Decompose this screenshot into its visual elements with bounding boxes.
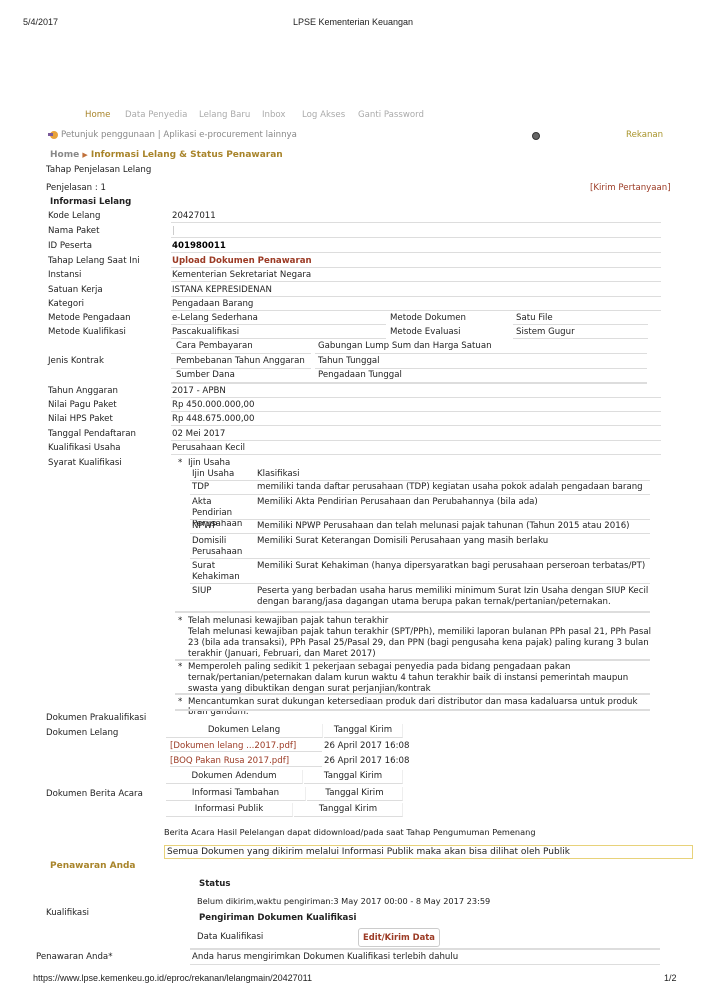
syarat-item: Mencantumkan surat dukungan ketersediaan… bbox=[188, 697, 658, 717]
row-pagu: Nilai Pagu PaketRp 450.000.000,00 bbox=[46, 398, 662, 412]
breadcrumb-home[interactable]: Home bbox=[50, 150, 79, 160]
jenis-kontrak-label: Jenis Kontrak bbox=[48, 356, 104, 366]
help-link[interactable]: Petunjuk penggunaan bbox=[61, 130, 155, 140]
penawaran-anda-text: Anda harus mengirimkan Dokumen Kualifika… bbox=[192, 952, 458, 962]
row-tahap: Tahap Lelang Saat IniUpload Dokumen Pena… bbox=[46, 254, 662, 268]
file-link[interactable]: [BOQ Pakan Rusa 2017.pdf] bbox=[170, 756, 322, 767]
row-kategori: KategoriPengadaan Barang bbox=[46, 297, 662, 311]
row-instansi: InstansiKementerian Sekretariat Negara bbox=[46, 268, 662, 282]
print-page: 1/2 bbox=[664, 973, 677, 983]
print-url: https://www.lpse.kemenkeu.go.id/eproc/re… bbox=[33, 973, 312, 983]
syarat-item: Memperoleh paling sedikit 1 pekerjaan se… bbox=[188, 662, 653, 695]
kualifikasi-label: Kualifikasi bbox=[46, 908, 89, 918]
row-nama-paket: Nama Paket| bbox=[46, 224, 662, 238]
edit-kirim-data-button[interactable]: Edit/Kirim Data bbox=[358, 928, 440, 947]
syarat-item: Telah melunasi kewajiban pajak tahun ter… bbox=[188, 616, 653, 660]
nav-inbox[interactable]: Inbox bbox=[262, 110, 286, 120]
row-metode-pengadaan: Metode Pengadaan e-Lelang Sederhana Meto… bbox=[46, 311, 662, 325]
syarat-label: Syarat Kualifikasi bbox=[48, 458, 122, 468]
row-id-peserta: ID Peserta401980011 bbox=[46, 239, 662, 253]
nav-lelang-baru[interactable]: Lelang Baru bbox=[199, 110, 250, 120]
dok-berita-acara-label: Dokumen Berita Acara bbox=[46, 789, 143, 799]
breadcrumb-current: Informasi Lelang & Status Penawaran bbox=[91, 150, 283, 160]
nav-data-penyedia[interactable]: Data Penyedia bbox=[125, 110, 187, 120]
other-apps-link[interactable]: Aplikasi e-procurement lainnya bbox=[163, 130, 297, 140]
ijin-usaha-title: Ijin Usaha bbox=[188, 458, 230, 468]
help-icon bbox=[47, 130, 59, 140]
status-text: Belum dikirim,waktu pengiriman:3 May 201… bbox=[197, 896, 490, 906]
pengiriman-title: Pengiriman Dokumen Kualifikasi bbox=[199, 913, 356, 923]
dok-lelang-label: Dokumen Lelang bbox=[46, 728, 118, 738]
chevron-right-icon: ▶ bbox=[82, 151, 87, 159]
status-dot-icon bbox=[532, 132, 540, 140]
penawaran-anda-label: Penawaran Anda* bbox=[36, 952, 113, 962]
nav-home[interactable]: Home bbox=[85, 110, 110, 120]
row-tahun-anggaran: Tahun Anggaran2017 - APBN bbox=[46, 384, 662, 398]
berita-acara-note: Berita Acara Hasil Pelelangan dapat dido… bbox=[164, 827, 536, 837]
row-kualifikasi-usaha: Kualifikasi UsahaPerusahaan Kecil bbox=[46, 441, 662, 455]
row-metode-kualifikasi: Metode Kualifikasi Pascakualifikasi Meto… bbox=[46, 325, 662, 339]
dok-prakualifikasi-label: Dokumen Prakualifikasi bbox=[46, 713, 146, 723]
row-tanggal-daftar: Tanggal Pendaftaran02 Mei 2017 bbox=[46, 427, 662, 441]
row-satuan-kerja: Satuan KerjaISTANA KEPRESIDENAN bbox=[46, 283, 662, 297]
subnav: Petunjuk penggunaan | Aplikasi e-procure… bbox=[61, 130, 297, 140]
file-link[interactable]: [Dokumen lelang ...2017.pdf] bbox=[170, 741, 322, 752]
data-kualifikasi-label: Data Kualifikasi bbox=[197, 932, 263, 942]
status-title: Status bbox=[199, 879, 230, 889]
print-title: LPSE Kementerian Keuangan bbox=[0, 17, 706, 27]
nav-log-akses[interactable]: Log Akses bbox=[302, 110, 345, 120]
row-kode-lelang: Kode Lelang20427011 bbox=[46, 209, 662, 223]
section-title: Informasi Lelang bbox=[50, 197, 131, 207]
row-hps: Nilai HPS PaketRp 448.675.000,00 bbox=[46, 412, 662, 426]
stage-text: Tahap Penjelasan Lelang bbox=[46, 165, 151, 175]
public-notice: Semua Dokumen yang dikirim melalui Infor… bbox=[164, 845, 693, 859]
kirim-pertanyaan-link[interactable]: [Kirim Pertanyaan] bbox=[590, 183, 671, 193]
penjelasan-count: Penjelasan : 1 bbox=[46, 183, 106, 193]
breadcrumb: Home ▶ Informasi Lelang & Status Penawar… bbox=[50, 150, 283, 160]
role-label: Rekanan bbox=[626, 130, 663, 140]
penawaran-title: Penawaran Anda bbox=[50, 861, 136, 871]
nav-ganti-password[interactable]: Ganti Password bbox=[358, 110, 424, 120]
